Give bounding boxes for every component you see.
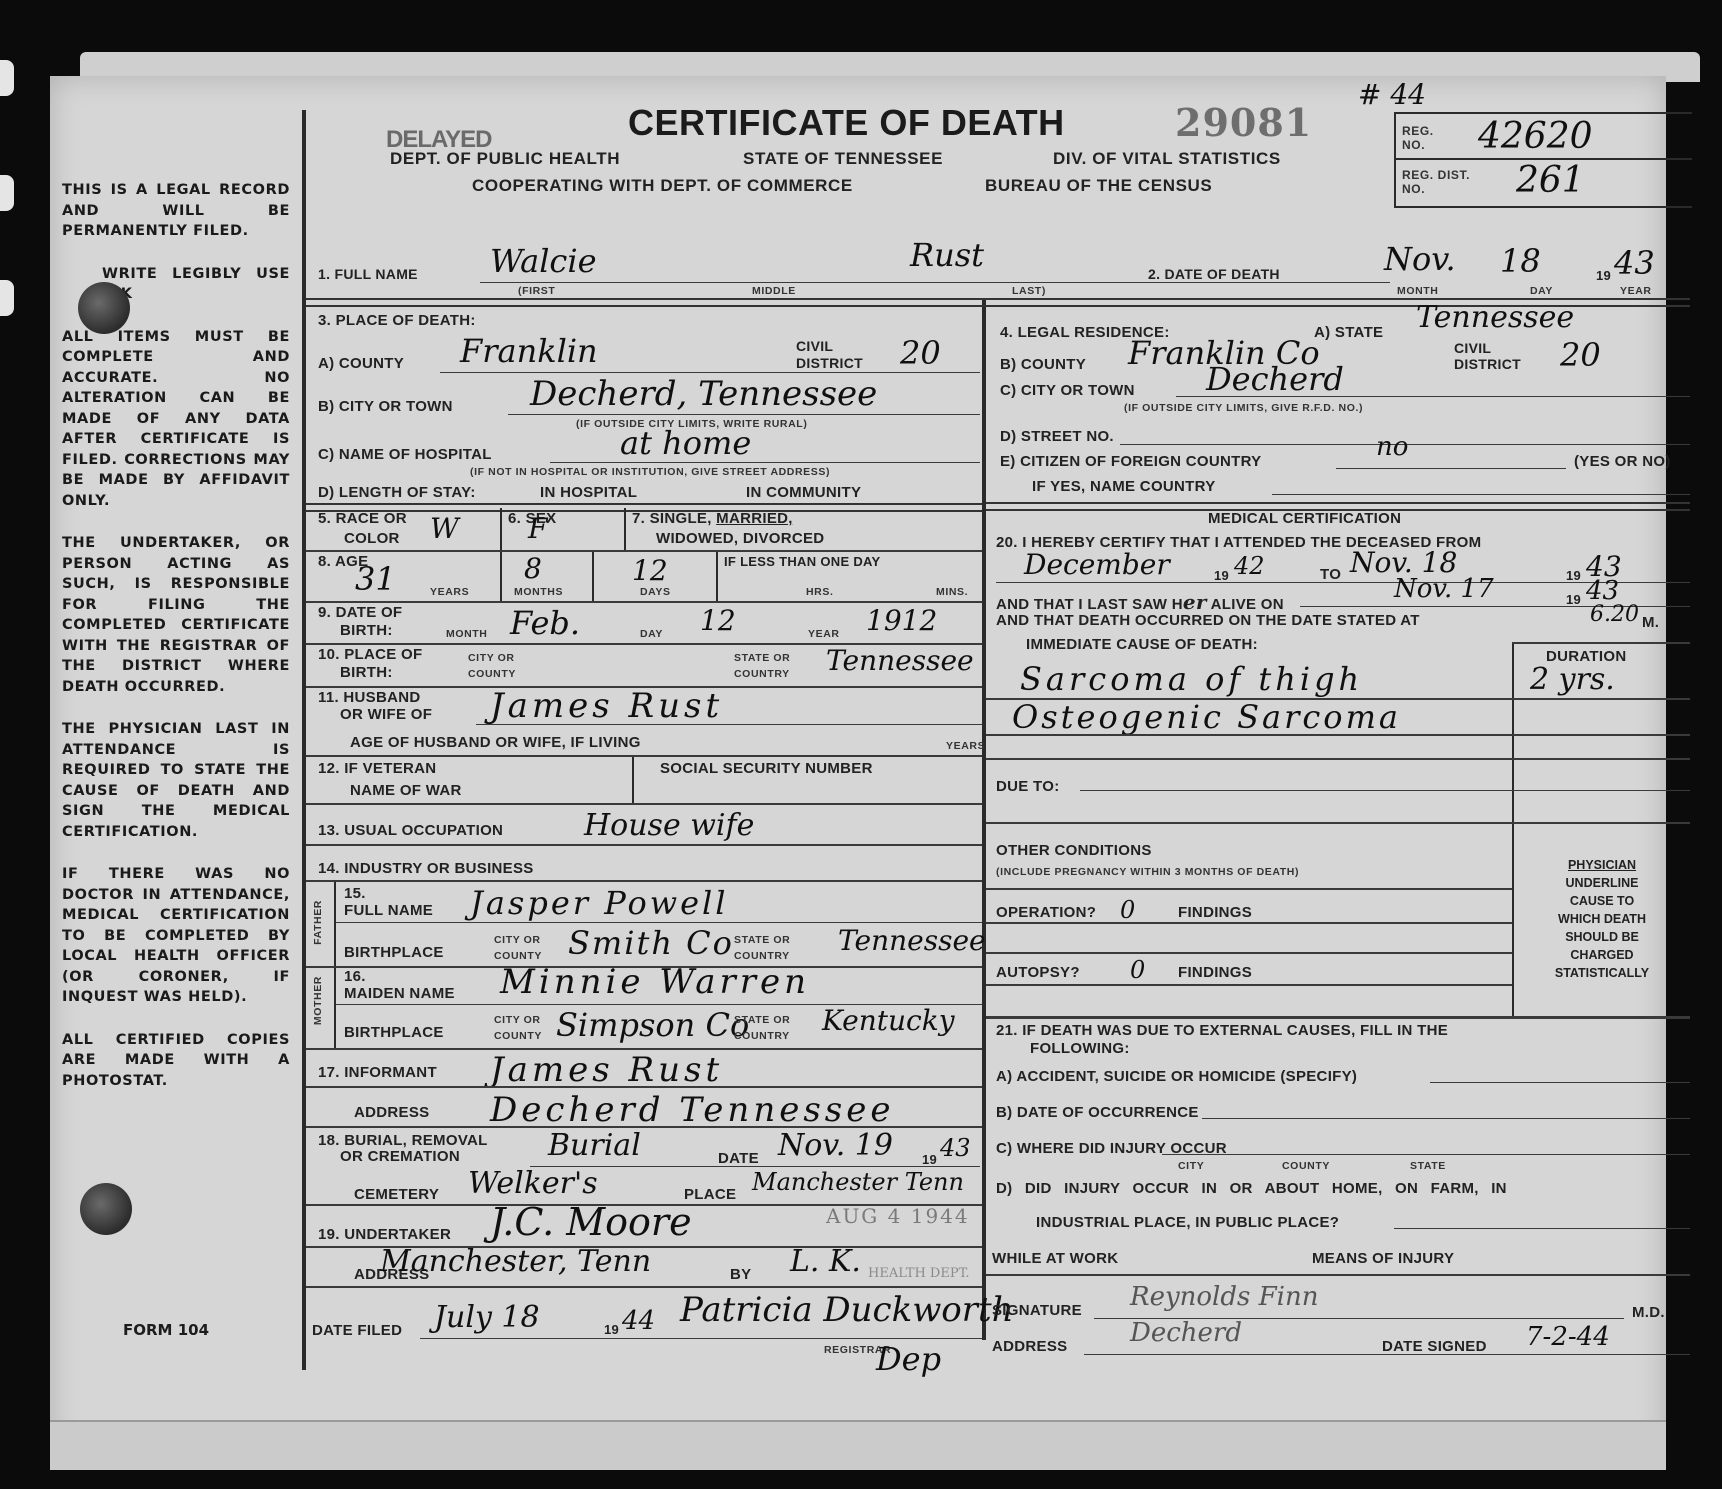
mins-label: MINS. xyxy=(936,586,968,598)
row-rule xyxy=(306,803,982,805)
cell-rule xyxy=(624,508,626,550)
header-division: DIV. OF VITAL STATISTICS xyxy=(1053,149,1281,169)
district-label: DISTRICT xyxy=(796,355,863,371)
place-value[interactable]: Manchester Tenn xyxy=(752,1168,964,1196)
res-civil-district[interactable]: 20 xyxy=(1560,336,1601,374)
father-birth-city[interactable]: Smith Co xyxy=(568,924,734,962)
row-rule xyxy=(986,734,1690,736)
physician-note-line: CHARGED xyxy=(1514,946,1690,964)
instruction-physician: THE PHYSICIAN LAST IN ATTENDANCE IS REQU… xyxy=(62,719,290,842)
mother-birth-city[interactable]: Simpson Co xyxy=(556,1006,749,1044)
death-year-prefix: 19 xyxy=(1596,268,1611,283)
date-filed-value[interactable]: July 18 xyxy=(434,1300,540,1335)
race-label-1: 5. RACE OR xyxy=(318,510,407,527)
burial-label-2: OR CREMATION xyxy=(340,1148,460,1165)
age-days-label: DAYS xyxy=(640,586,671,598)
burial-year-prefix: 19 xyxy=(922,1152,937,1167)
mother-name-label: MAIDEN NAME xyxy=(344,985,455,1002)
medical-certification-title: MEDICAL CERTIFICATION xyxy=(1208,510,1401,527)
sub-year: YEAR xyxy=(1620,285,1652,297)
by-value[interactable]: L. K. xyxy=(790,1244,861,1279)
physician-note-line: SHOULD BE xyxy=(1514,928,1690,946)
mother-city-label-2: COUNTY xyxy=(494,1030,542,1042)
section-divider xyxy=(986,1016,1690,1019)
row-rule xyxy=(986,952,1512,954)
mother-name[interactable]: Minnie Warren xyxy=(500,962,810,1002)
film-sprocket xyxy=(0,60,14,96)
industry-label: 14. INDUSTRY OR BUSINESS xyxy=(318,860,534,877)
to-year-prefix: 19 xyxy=(1566,568,1581,583)
age-years[interactable]: 31 xyxy=(355,560,396,598)
underline xyxy=(476,724,982,725)
autopsy-label: AUTOPSY? xyxy=(996,964,1080,981)
pob-city-label-2: COUNTY xyxy=(468,668,516,680)
mother-birth-state[interactable]: Kentucky xyxy=(822,1004,955,1037)
age-years-label: YEARS xyxy=(430,586,469,598)
operation-findings-label: FINDINGS xyxy=(1178,904,1252,921)
citizen-label: E) CITIZEN OF FOREIGN COUNTRY xyxy=(1000,453,1261,470)
death-city[interactable]: Decherd, Tennessee xyxy=(530,374,877,414)
registrar-signature[interactable]: Patricia Duckworth xyxy=(680,1290,1014,1330)
center-frame-rule xyxy=(982,300,986,1340)
father-name-label: FULL NAME xyxy=(344,902,433,919)
citizen-note: (YES OR NO) xyxy=(1574,453,1671,470)
last-saw-date[interactable]: Nov. 17 xyxy=(1394,574,1494,604)
row-rule xyxy=(986,922,1512,924)
physician-address-text[interactable]: Decherd xyxy=(1130,1318,1242,1348)
row-rule xyxy=(986,888,1512,890)
row-rule xyxy=(306,844,982,846)
md-suffix: M.D. xyxy=(1632,1304,1665,1321)
name-of-war-label: NAME OF WAR xyxy=(350,782,462,799)
hrs-label: HRS. xyxy=(806,586,834,598)
row-rule xyxy=(306,550,982,552)
row-rule xyxy=(986,758,1690,760)
row-rule xyxy=(306,601,982,603)
underline xyxy=(1430,1082,1690,1083)
res-state[interactable]: Tennessee xyxy=(1416,300,1574,335)
death-month[interactable]: Nov. xyxy=(1384,240,1456,278)
ssn-label: SOCIAL SECURITY NUMBER xyxy=(660,760,873,777)
burial-year[interactable]: 43 xyxy=(940,1134,971,1162)
row-rule xyxy=(986,1274,1690,1276)
mother-side-label: MOTHER xyxy=(312,976,324,1025)
means-of-injury-label: MEANS OF INJURY xyxy=(1312,1250,1454,1267)
due-to-label: DUE TO: xyxy=(996,778,1060,795)
burial-date-label: DATE xyxy=(718,1150,759,1167)
dob-month-label: MONTH xyxy=(446,628,488,640)
cause-of-death-1[interactable]: Sarcoma of thigh xyxy=(1020,660,1363,698)
sub-month: MONTH xyxy=(1397,285,1439,297)
date-of-death-label: 2. DATE OF DEATH xyxy=(1148,266,1280,282)
autopsy-findings-label: FINDINGS xyxy=(1178,964,1252,981)
race-label-2: COLOR xyxy=(344,530,400,547)
last-saw-year-prefix: 19 xyxy=(1566,592,1581,607)
underline xyxy=(440,372,980,373)
header-cooperating: COOPERATING WITH DEPT. OF COMMERCE xyxy=(472,176,853,196)
physician-note-line: UNDERLINE xyxy=(1514,874,1690,892)
father-num: 15. xyxy=(344,885,366,902)
physician-signature[interactable]: Reynolds Finn xyxy=(1130,1282,1318,1312)
cell-rule xyxy=(500,508,502,550)
dob-day[interactable]: 12 xyxy=(700,604,736,637)
instruction-photostat: ALL CERTIFIED COPIES ARE MADE WITH A PHO… xyxy=(62,1030,290,1092)
full-name-last[interactable]: Rust xyxy=(910,236,984,274)
row-rule xyxy=(986,822,1690,824)
while-at-work-label: WHILE AT WORK xyxy=(992,1250,1118,1267)
death-day[interactable]: 18 xyxy=(1500,242,1541,280)
spouse-label-1: 11. HUSBAND xyxy=(318,689,421,706)
burial-value[interactable]: Burial xyxy=(548,1128,641,1163)
accident-label: A) ACCIDENT, SUICIDE OR HOMICIDE (SPECIF… xyxy=(996,1068,1357,1085)
where-county-sub: COUNTY xyxy=(1282,1160,1330,1172)
less-than-day-label: IF LESS THAN ONE DAY xyxy=(724,554,880,569)
age-months-label: MONTHS xyxy=(514,586,563,598)
res-district-label: DISTRICT xyxy=(1454,356,1521,372)
informant-address[interactable]: Decherd Tennessee xyxy=(490,1090,894,1130)
instruction-complete-accurate: ALL ITEMS MUST BE COMPLETE AND ACCURATE.… xyxy=(62,327,290,512)
date-signed[interactable]: 7-2-44 xyxy=(1526,1322,1610,1352)
reg-dist-label: REG. DIST. NO. xyxy=(1402,168,1482,196)
instruction-legal-record: THIS IS A LEGAL RECORD AND WILL BE PERMA… xyxy=(62,180,290,242)
marital-label: 7. SINGLE, MARRIED, xyxy=(632,510,793,527)
father-state-label-2: COUNTRY xyxy=(734,950,790,962)
date-filed-label: DATE FILED xyxy=(312,1322,402,1339)
cemetery-value[interactable]: Welker's xyxy=(468,1166,598,1201)
cell-rule xyxy=(592,552,594,602)
marital-married-underlined: MARRIED, xyxy=(716,510,793,527)
date-signed-label: DATE SIGNED xyxy=(1382,1338,1487,1355)
father-state-label-1: STATE OR xyxy=(734,934,790,946)
row-rule xyxy=(986,984,1512,986)
citizen-value[interactable]: no xyxy=(1376,432,1408,462)
duration-top-rule xyxy=(1512,642,1690,644)
reg-no-value: 42620 xyxy=(1478,116,1593,157)
hospital-label: C) NAME OF HOSPITAL xyxy=(318,446,492,463)
informant-name[interactable]: James Rust xyxy=(490,1050,723,1090)
pob-state[interactable]: Tennessee xyxy=(826,644,974,677)
immediate-cause-label: IMMEDIATE CAUSE OF DEATH: xyxy=(1026,636,1258,653)
parent-rule xyxy=(334,882,336,1048)
received-date-stamp: AUG 4 1944 xyxy=(826,1204,970,1228)
civil-label: CIVIL xyxy=(796,338,833,354)
res-city-label: C) CITY OR TOWN xyxy=(1000,382,1135,399)
film-sprocket xyxy=(0,175,14,211)
pob-city-label-1: CITY OR xyxy=(468,652,515,664)
underline xyxy=(1080,790,1690,791)
where-state-sub: STATE xyxy=(1410,1160,1446,1172)
sub-first: (FIRST xyxy=(518,285,555,297)
header-state: STATE OF TENNESSEE xyxy=(743,149,943,169)
cause-of-death-2[interactable]: Osteogenic Sarcoma xyxy=(1012,698,1401,736)
time-suffix: M. xyxy=(1642,614,1659,631)
dob-year-label: YEAR xyxy=(808,628,840,640)
informant-label: 17. INFORMANT xyxy=(318,1064,437,1081)
pob-label-1: 10. PLACE OF xyxy=(318,646,422,663)
time-of-death[interactable]: 6.20 xyxy=(1590,602,1639,627)
hospital-note: (IF NOT IN HOSPITAL OR INSTITUTION, GIVE… xyxy=(470,466,830,478)
underline xyxy=(550,462,980,463)
veteran-label: 12. IF VETERAN xyxy=(318,760,436,777)
death-civil-district[interactable]: 20 xyxy=(900,334,941,372)
res-civil-label: CIVIL xyxy=(1454,340,1491,356)
header-dept-public-health: DEPT. OF PUBLIC HEALTH xyxy=(390,149,620,169)
stay-community-label: IN COMMUNITY xyxy=(746,484,861,501)
cemetery-label: CEMETERY xyxy=(354,1186,439,1203)
last-saw-label: AND THAT I LAST SAW Her ALIVE ON xyxy=(996,590,1284,614)
burial-date[interactable]: Nov. 19 xyxy=(778,1128,893,1163)
date-occurrence-label: B) DATE OF OCCURRENCE xyxy=(996,1104,1199,1121)
occupation-label: 13. USUAL OCCUPATION xyxy=(318,822,503,839)
undertaker-name[interactable]: J.C. Moore xyxy=(490,1200,692,1244)
other-conditions-label: OTHER CONDITIONS xyxy=(996,842,1152,859)
row-rule xyxy=(306,1086,982,1088)
date-filed-year[interactable]: 44 xyxy=(622,1306,655,1336)
header-bureau: BUREAU OF THE CENSUS xyxy=(985,176,1212,196)
mother-num: 16. xyxy=(344,968,366,985)
underline xyxy=(420,1338,982,1339)
mother-city-label-1: CITY OR xyxy=(494,1014,541,1026)
mother-state-label-1: STATE OR xyxy=(734,1014,790,1026)
physician-note-line: CAUSE TO xyxy=(1514,892,1690,910)
dob-month[interactable]: Feb. xyxy=(510,604,580,642)
sub-last: LAST) xyxy=(1012,285,1046,297)
undertaker-label: 19. UNDERTAKER xyxy=(318,1226,451,1243)
to-label: TO xyxy=(1320,566,1341,583)
sub-day: DAY xyxy=(1530,285,1553,297)
father-city-label-2: COUNTY xyxy=(494,950,542,962)
reg-no-label: REG. NO. xyxy=(1402,124,1452,152)
punch-hole-icon xyxy=(78,282,130,334)
row-rule xyxy=(306,755,982,757)
underline xyxy=(1394,1228,1690,1229)
handwritten-file-note: # 44 xyxy=(1358,78,1426,111)
age-months[interactable]: 8 xyxy=(524,552,542,585)
instruction-undertaker: THE UNDERTAKER, OR PERSON ACTING AS SUCH… xyxy=(62,533,290,697)
cell-rule xyxy=(500,552,502,602)
injury-place-label-2: INDUSTRIAL PLACE, IN PUBLIC PLACE? xyxy=(1036,1214,1339,1231)
health-dept-stamp: HEALTH DEPT. xyxy=(868,1266,969,1281)
death-year[interactable]: 43 xyxy=(1614,244,1655,282)
dob-day-label: DAY xyxy=(640,628,663,640)
physician-note-line: STATISTICALLY xyxy=(1514,964,1690,982)
signature-label: SIGNATURE xyxy=(992,1302,1082,1319)
street-label: D) STREET NO. xyxy=(1000,428,1114,445)
from-year-prefix: 19 xyxy=(1214,568,1229,583)
father-birthplace-label: BIRTHPLACE xyxy=(344,944,444,961)
county-label: A) COUNTY xyxy=(318,355,404,372)
row-rule xyxy=(306,880,982,882)
sex-value[interactable]: F xyxy=(528,512,547,545)
spouse-age-label: AGE OF HUSBAND OR WIFE, IF LIVING xyxy=(350,734,641,751)
occupation-value[interactable]: House wife xyxy=(584,808,754,843)
external-causes-label-1: 21. IF DEATH WAS DUE TO EXTERNAL CAUSES,… xyxy=(996,1022,1448,1039)
operation-value[interactable]: 0 xyxy=(1120,896,1135,924)
row-rule xyxy=(336,922,982,923)
name-underline xyxy=(480,282,1390,283)
father-birth-state[interactable]: Tennessee xyxy=(838,924,986,957)
stamped-number: 29081 xyxy=(1175,100,1312,145)
external-causes-label-2: FOLLOWING: xyxy=(1030,1040,1130,1057)
dob-label-2: BIRTH: xyxy=(340,622,393,639)
father-name[interactable]: Jasper Powell xyxy=(470,884,729,922)
physician-note-line: WHICH DEATH xyxy=(1514,910,1690,928)
paper-bottom-edge xyxy=(50,1420,1666,1470)
res-state-label: A) STATE xyxy=(1314,324,1383,341)
time-of-death-label: AND THAT DEATH OCCURRED ON THE DATE STAT… xyxy=(996,612,1420,629)
pob-label-2: BIRTH: xyxy=(340,664,393,681)
cell-rule xyxy=(716,552,718,602)
injury-place-label-1: D) DID INJURY OCCUR IN OR ABOUT HOME, ON… xyxy=(996,1180,1507,1197)
father-city-label-1: CITY OR xyxy=(494,934,541,946)
dob-year[interactable]: 1912 xyxy=(866,604,937,637)
duration-value[interactable]: 2 yrs. xyxy=(1530,662,1615,697)
certificate-title: CERTIFICATE OF DEATH xyxy=(628,102,1065,144)
underline xyxy=(1202,1118,1690,1119)
date-filed-year-prefix: 19 xyxy=(604,1322,619,1337)
registrar-note[interactable]: Dep xyxy=(876,1340,941,1378)
spouse-name[interactable]: James Rust xyxy=(490,686,723,726)
res-city-note: (IF OUTSIDE CITY LIMITS, GIVE R.F.D. NO.… xyxy=(1124,402,1363,414)
death-county[interactable]: Franklin xyxy=(460,332,598,370)
row-rule xyxy=(306,1286,982,1288)
city-label: B) CITY OR TOWN xyxy=(318,398,453,415)
instruction-no-doctor: IF THERE WAS NO DOCTOR IN ATTENDANCE, ME… xyxy=(62,864,290,1008)
operation-label: OPERATION? xyxy=(996,904,1096,921)
stay-hospital-label: IN HOSPITAL xyxy=(540,484,637,501)
by-label: BY xyxy=(730,1266,751,1283)
race-value[interactable]: W xyxy=(430,512,459,545)
underline xyxy=(1272,494,1690,495)
mother-state-label-2: COUNTRY xyxy=(734,1030,790,1042)
pob-state-label-2: COUNTRY xyxy=(734,668,790,680)
burial-label-1: 18. BURIAL, REMOVAL xyxy=(318,1132,488,1149)
dob-label-1: 9. DATE OF xyxy=(318,604,402,621)
last-saw-pronoun[interactable]: er xyxy=(1183,590,1207,614)
spouse-age-unit: YEARS xyxy=(946,740,985,752)
attended-from-year[interactable]: 42 xyxy=(1234,552,1265,580)
underline xyxy=(508,414,980,415)
underline xyxy=(1176,396,1690,397)
form-number: FORM 104 xyxy=(123,1321,209,1339)
film-sprocket xyxy=(0,280,14,316)
reg-dist-value: 261 xyxy=(1516,160,1585,201)
country-label: IF YES, NAME COUNTRY xyxy=(1032,478,1216,495)
cell-rule xyxy=(632,757,634,803)
underline xyxy=(1336,468,1566,469)
place-of-death-label: 3. PLACE OF DEATH: xyxy=(318,312,476,329)
res-city[interactable]: Decherd xyxy=(1206,360,1344,398)
marital-label-2: WIDOWED, DIVORCED xyxy=(656,530,824,547)
full-name-first[interactable]: Walcie xyxy=(490,242,597,280)
length-of-stay-label: D) LENGTH OF STAY: xyxy=(318,484,476,501)
sub-middle: MIDDLE xyxy=(752,285,796,297)
age-days[interactable]: 12 xyxy=(632,554,668,587)
other-conditions-note: (INCLUDE PREGNANCY WITHIN 3 MONTHS OF DE… xyxy=(996,866,1299,878)
where-city-sub: CITY xyxy=(1178,1160,1204,1172)
underline xyxy=(1162,1154,1690,1155)
spouse-label-2: OR WIFE OF xyxy=(340,706,432,723)
punch-hole-icon xyxy=(80,1183,132,1235)
autopsy-value[interactable]: 0 xyxy=(1130,956,1145,984)
informant-address-label: ADDRESS xyxy=(354,1104,429,1121)
mother-birthplace-label: BIRTHPLACE xyxy=(344,1024,444,1041)
undertaker-address[interactable]: Manchester, Tenn xyxy=(380,1244,651,1279)
res-county-label: B) COUNTY xyxy=(1000,356,1086,373)
physician-underline-note: PHYSICIAN UNDERLINE CAUSE TO WHICH DEATH… xyxy=(1514,856,1690,982)
pob-state-label-1: STATE OR xyxy=(734,652,790,664)
attended-from[interactable]: December xyxy=(1024,548,1170,581)
physician-address-label: ADDRESS xyxy=(992,1338,1067,1355)
father-side-label: FATHER xyxy=(312,900,324,945)
full-name-label: 1. FULL NAME xyxy=(318,266,418,282)
physician-note-line: PHYSICIAN xyxy=(1514,856,1690,874)
hospital-value[interactable]: at home xyxy=(620,424,751,462)
